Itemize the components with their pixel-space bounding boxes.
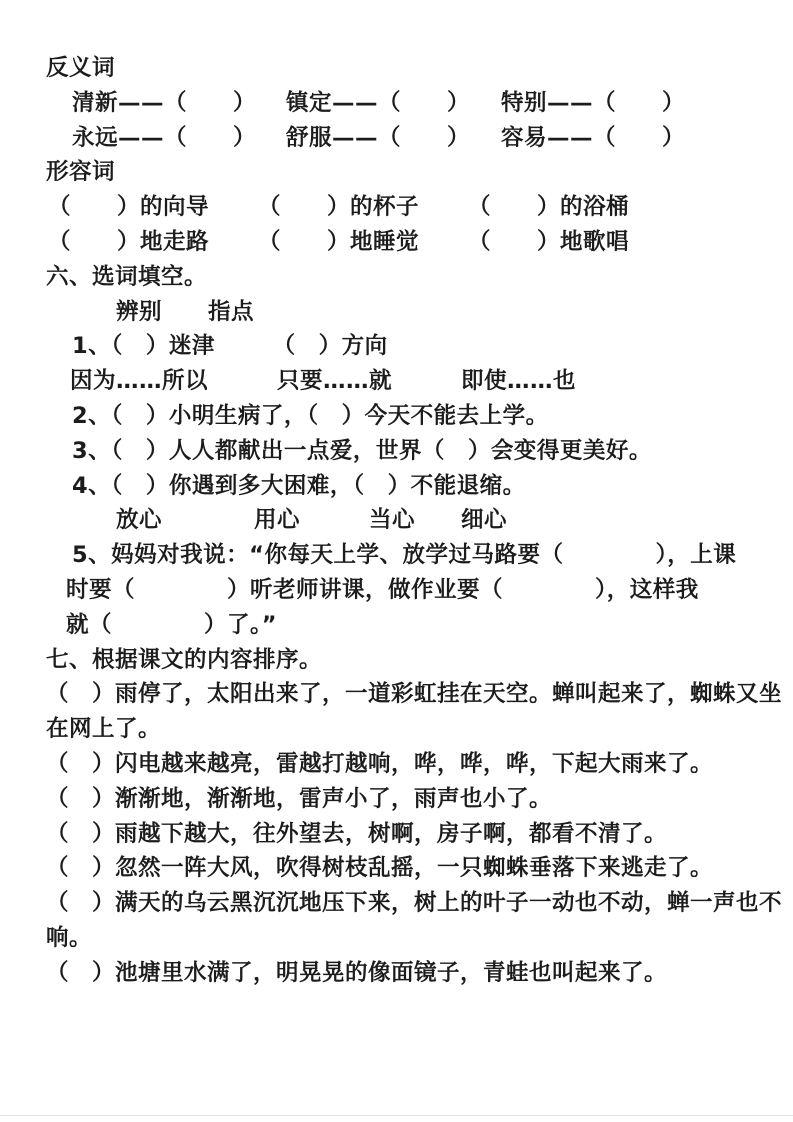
ordering-item-6-line-2: 响。: [46, 921, 763, 956]
antonym-blank: 永远——（ ）: [72, 121, 286, 156]
fill-item-1: 1、（ ）迷津 （ ）方向: [72, 329, 763, 364]
ordering-item-2: （ ）闪电越来越亮，雷越打越响，哗，哗，哗，下起大雨来了。: [46, 747, 763, 782]
antonym-blank: 清新——（ ）: [72, 86, 286, 121]
adjective-blank: （ ）地睡觉: [258, 225, 468, 260]
word-bank-3: 放心 用心 当心 细心: [116, 503, 763, 538]
ordering-item-7: （ ）池塘里水满了，明晃晃的像面镜子，青蛙也叫起来了。: [46, 956, 763, 991]
ordering-item-5: （ ）忽然一阵大风，吹得树枝乱摇，一只蜘蛛垂落下来逃走了。: [46, 851, 763, 886]
adjectives-row-2: （ ）地走路 （ ）地睡觉 （ ）地歌唱: [48, 225, 763, 260]
section-six-heading: 六、选词填空。: [46, 260, 763, 295]
word-bank-1: 辨别 指点: [116, 295, 763, 330]
worksheet-page: 反义词 清新——（ ） 镇定——（ ） 特别——（ ） 永远——（ ） 舒服——…: [0, 0, 793, 1122]
ordering-item-3: （ ）渐渐地，渐渐地，雷声小了，雨声也小了。: [46, 782, 763, 817]
adjective-blank: （ ）的浴桶: [468, 190, 763, 225]
antonym-blank: 容易——（ ）: [501, 121, 763, 156]
fill-item-4: 4、（ ）你遇到多大困难，（ ）不能退缩。: [72, 469, 763, 504]
adjective-blank: （ ）地歌唱: [468, 225, 763, 260]
antonyms-row-1: 清新——（ ） 镇定——（ ） 特别——（ ）: [72, 86, 763, 121]
word-bank-2: 因为……所以 只要……就 即使……也: [70, 364, 763, 399]
adjective-blank: （ ）地走路: [48, 225, 258, 260]
adjectives-row-1: （ ）的向导 （ ）的杯子 （ ）的浴桶: [48, 190, 763, 225]
fill-item-2: 2、（ ）小明生病了，（ ）今天不能去上学。: [72, 399, 763, 434]
section-seven-heading: 七、根据课文的内容排序。: [46, 643, 763, 678]
fill-item-3: 3、（ ）人人都献出一点爱，世界（ ）会变得更美好。: [72, 434, 763, 469]
page-bottom-edge: [0, 1115, 793, 1116]
fill-item-5-line-1: 5、妈妈对我说：“你每天上学、放学过马路要（ ），上课: [72, 538, 763, 573]
adjective-blank: （ ）的向导: [48, 190, 258, 225]
fill-item-5-line-2: 时要（ ）听老师讲课，做作业要（ ），这样我: [66, 573, 763, 608]
antonyms-row-2: 永远——（ ） 舒服——（ ） 容易——（ ）: [72, 121, 763, 156]
ordering-item-1-line-2: 在网上了。: [46, 712, 763, 747]
antonym-blank: 舒服——（ ）: [286, 121, 501, 156]
ordering-item-4: （ ）雨越下越大，往外望去，树啊，房子啊，都看不清了。: [46, 817, 763, 852]
adjective-blank: （ ）的杯子: [258, 190, 468, 225]
ordering-item-6-line-1: （ ）满天的乌云黑沉沉地压下来，树上的叶子一动也不动，蝉一声也不: [46, 886, 763, 921]
antonym-blank: 镇定——（ ）: [286, 86, 501, 121]
fill-item-5-line-3: 就（ ）了。”: [66, 608, 763, 643]
adjectives-heading: 形容词: [46, 155, 763, 190]
ordering-item-1-line-1: （ ）雨停了，太阳出来了，一道彩虹挂在天空。蝉叫起来了，蜘蛛又坐: [46, 677, 763, 712]
antonym-blank: 特别——（ ）: [501, 86, 763, 121]
antonyms-heading: 反义词: [46, 51, 763, 86]
